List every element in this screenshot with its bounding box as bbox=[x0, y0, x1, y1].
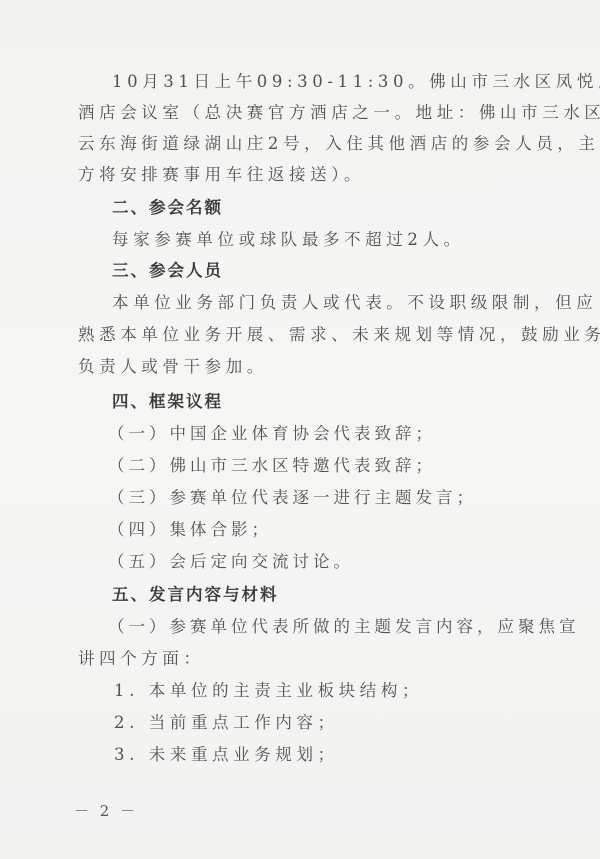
speech-topic-item: 3. 未来重点业务规划； bbox=[114, 745, 542, 765]
agenda-item: （四）集体合影； bbox=[108, 520, 536, 540]
paragraph-line: 每家参赛单位或球队最多不超过2人。 bbox=[112, 230, 540, 250]
section-heading-speech-content: 五、发言内容与材料 bbox=[112, 585, 540, 605]
section-heading-attendees: 三、参会人员 bbox=[112, 261, 540, 281]
paragraph-line: 方将安排赛事用车往返接送）。 bbox=[78, 165, 506, 185]
paragraph-line: （一）参赛单位代表所做的主题发言内容，应聚焦宣 bbox=[108, 617, 536, 637]
document-page: 10月31日上午09:30-11:30。佛山市三水区凤悦凤凰 酒店会议室（总决赛… bbox=[0, 0, 600, 859]
paragraph-line: 10月31日上午09:30-11:30。佛山市三水区凤悦凤凰 bbox=[112, 72, 540, 92]
paragraph-line: 熟悉本单位业务开展、需求、未来规划等情况，鼓励业务 bbox=[78, 325, 506, 345]
page-number: － 2 － bbox=[74, 800, 138, 821]
paragraph-line: 酒店会议室（总决赛官方酒店之一。地址：佛山市三水区 bbox=[78, 103, 506, 123]
paragraph-line: 讲四个方面： bbox=[78, 649, 506, 669]
section-heading-quota: 二、参会名额 bbox=[112, 198, 540, 218]
paragraph-line: 本单位业务部门负责人或代表。不设职级限制，但应 bbox=[112, 293, 540, 313]
agenda-item: （二）佛山市三水区特邀代表致辞； bbox=[108, 456, 536, 476]
agenda-item: （五）会后定向交流讨论。 bbox=[108, 552, 536, 572]
section-heading-agenda: 四、框架议程 bbox=[112, 392, 540, 412]
speech-topic-item: 2. 当前重点工作内容； bbox=[114, 713, 542, 733]
paragraph-line: 负责人或骨干参加。 bbox=[78, 357, 506, 377]
paragraph-line: 云东海街道绿湖山庄2号，入住其他酒店的参会人员，主办 bbox=[78, 134, 506, 154]
agenda-item: （一）中国企业体育协会代表致辞； bbox=[108, 424, 536, 444]
speech-topic-item: 1. 本单位的主责主业板块结构； bbox=[114, 681, 542, 701]
agenda-item: （三）参赛单位代表逐一进行主题发言； bbox=[108, 488, 536, 508]
